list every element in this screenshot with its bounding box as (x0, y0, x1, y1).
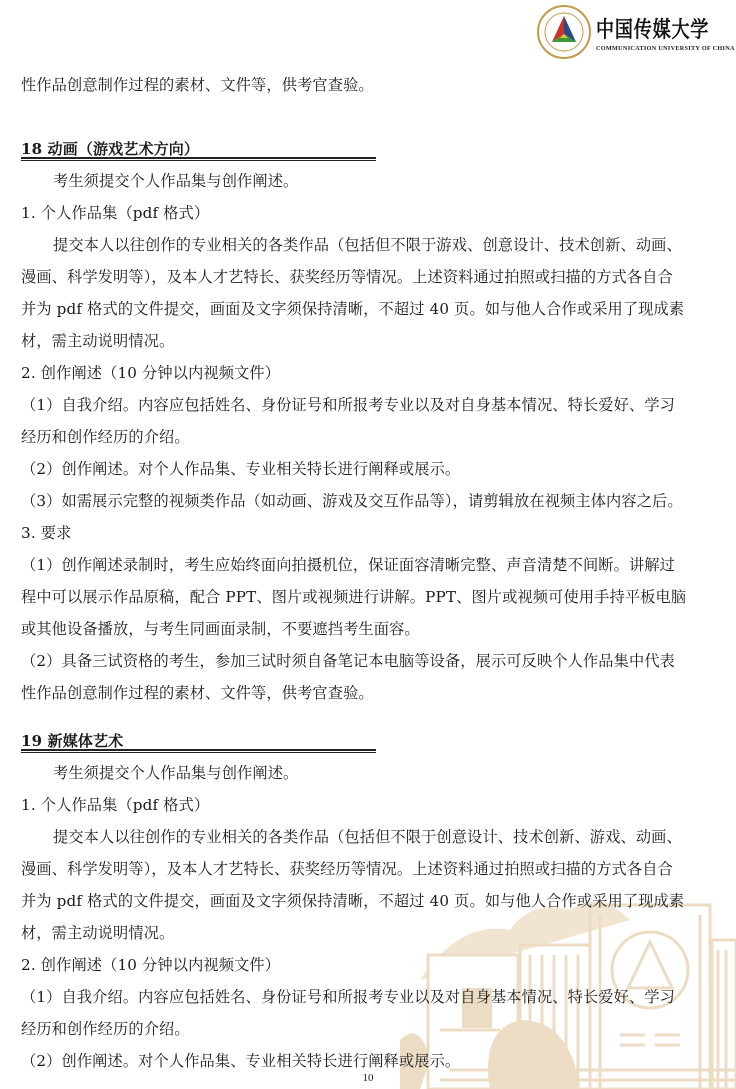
paragraph-line: （1）自我介绍。内容应包括姓名、身份证号和所报考专业以及对自身基本情况、特长爱好… (21, 987, 675, 1007)
item-title: 2. 创作阐述（10 分钟以内视频文件） (21, 955, 280, 975)
logo-chinese-name: 中国传媒大学 (596, 13, 709, 44)
paragraph-line: （1）自我介绍。内容应包括姓名、身份证号和所报考专业以及对自身基本情况、特长爱好… (21, 395, 675, 415)
paragraph-line: （2）创作阐述。对个人作品集、专业相关特长进行阐释或展示。 (21, 459, 460, 479)
paragraph-line: 材，需主动说明情况。 (21, 923, 174, 943)
paragraph-line: 经历和创作经历的介绍。 (21, 427, 190, 447)
section-heading-18: 18 动画（游戏艺术方向） (21, 139, 199, 159)
heading-underline (21, 749, 376, 753)
item-title: 1. 个人作品集（pdf 格式） (21, 203, 209, 223)
paragraph-line: 或其他设备播放，与考生同画面录制，不要遮挡考生面容。 (21, 619, 420, 639)
university-seal-icon (536, 4, 592, 60)
paragraph-line: 材，需主动说明情况。 (21, 331, 174, 351)
paragraph-line: （1）创作阐述录制时，考生应始终面向拍摄机位，保证面容清晰完整、声音清楚不间断。… (21, 555, 675, 575)
paragraph-line: 漫画、科学发明等），及本人才艺特长、获奖经历等情况。上述资料通过拍照或扫描的方式… (21, 859, 673, 879)
section-intro: 考生须提交个人作品集与创作阐述。 (53, 763, 298, 783)
page-number: 10 (0, 1072, 736, 1084)
paragraph-line: 程中可以展示作品原稿，配合 PPT、图片或视频进行讲解。PPT、图片或视频可使用… (21, 587, 686, 607)
paragraph-line: 经历和创作经历的介绍。 (21, 1019, 190, 1039)
continued-paragraph: 性作品创意制作过程的素材、文件等，供考官查验。 (21, 75, 374, 95)
paragraph-line: 漫画、科学发明等），及本人才艺特长、获奖经历等情况。上述资料通过拍照或扫描的方式… (21, 267, 673, 287)
paragraph-line: （2）创作阐述。对个人作品集、专业相关特长进行阐释或展示。 (21, 1051, 460, 1071)
paragraph-line: （3）如需展示完整的视频类作品（如动画、游戏及交互作品等），请剪辑放在视频主体内… (21, 491, 683, 511)
university-logo: 中国传媒大学 COMMUNICATION UNIVERSITY OF CHINA (536, 4, 736, 62)
item-title: 1. 个人作品集（pdf 格式） (21, 795, 209, 815)
item-title: 2. 创作阐述（10 分钟以内视频文件） (21, 363, 280, 383)
paragraph-line: 并为 pdf 格式的文件提交，画面及文字须保持清晰，不超过 40 页。如与他人合… (21, 299, 684, 319)
paragraph-line: 并为 pdf 格式的文件提交，画面及文字须保持清晰，不超过 40 页。如与他人合… (21, 891, 684, 911)
heading-underline (21, 157, 376, 161)
item-title: 3. 要求 (21, 523, 71, 543)
section-heading-19: 19 新媒体艺术 (21, 731, 123, 751)
paragraph-line: （2）具备三试资格的考生，参加三试时须自备笔记本电脑等设备，展示可反映个人作品集… (21, 651, 675, 671)
paragraph-line: 性作品创意制作过程的素材、文件等，供考官查验。 (21, 683, 374, 703)
logo-english-name: COMMUNICATION UNIVERSITY OF CHINA (596, 45, 735, 52)
paragraph-line: 提交本人以往创作的专业相关的各类作品（包括但不限于创意设计、技术创新、游戏、动画… (53, 827, 682, 847)
section-intro: 考生须提交个人作品集与创作阐述。 (53, 171, 298, 191)
paragraph-line: 提交本人以往创作的专业相关的各类作品（包括但不限于游戏、创意设计、技术创新、动画… (53, 235, 682, 255)
